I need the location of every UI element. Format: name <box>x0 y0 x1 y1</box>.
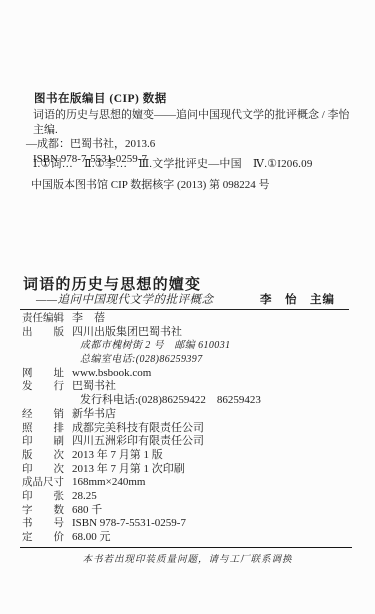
colophon-row: 书 号ISBN 978-7-5531-0259-7 <box>22 517 353 531</box>
row-value: 发行科电话:(028)86259422 86259423 <box>22 394 353 408</box>
row-value: 成都市槐树街 2 号 邮编 610031 <box>22 339 353 353</box>
cip-description-line-1: 词语的历史与思想的嬗变——追问中国现代文学的批评概念 / 李怡主编. <box>26 108 355 137</box>
row-value: 168mm×240mm <box>72 476 353 490</box>
colophon-row: 定 价68.00 元 <box>22 531 353 545</box>
row-value: 新华书店 <box>72 408 353 422</box>
colophon-row: 版 次2013 年 7 月第 1 版 <box>22 449 353 463</box>
quality-note: 本书若出现印装质量问题，请与工厂联系调换 <box>0 551 375 565</box>
row-label: 版 次 <box>22 449 66 463</box>
row-value: 成都完美科技有限责任公司 <box>72 422 353 436</box>
row-value: 李 蓓 <box>72 312 353 326</box>
row-value: 680 千 <box>72 504 353 518</box>
row-label: 经 销 <box>22 408 66 422</box>
footer-divider <box>20 547 352 548</box>
row-label: 书 号 <box>22 517 66 531</box>
book-subtitle: ——追问中国现代文学的批评概念 <box>36 291 213 307</box>
colophon-row: 网 址www.bsbook.com <box>22 367 353 381</box>
colophon-table: 责任编辑李 蓓 出 版四川出版集团巴蜀书社 成都市槐树街 2 号 邮编 6100… <box>22 312 353 545</box>
row-value: 2013 年 7 月第 1 版 <box>72 449 353 463</box>
subtitle-row: ——追问中国现代文学的批评概念 李 怡 主编 <box>20 293 349 310</box>
cip-record-number: 中国版本图书馆 CIP 数据核字 (2013) 第 098224 号 <box>31 176 270 192</box>
row-value: 68.00 元 <box>72 531 353 545</box>
colophon-row: 经 销新华书店 <box>22 408 353 422</box>
row-value: ISBN 978-7-5531-0259-7 <box>72 517 353 531</box>
row-label: 出 版 <box>22 326 66 340</box>
colophon-row: 印 张28.25 <box>22 490 353 504</box>
row-value: 总编室电话:(028)86259397 <box>22 353 353 367</box>
row-value: www.bsbook.com <box>72 367 353 381</box>
row-value: 四川出版集团巴蜀书社 <box>72 326 353 340</box>
row-value: 2013 年 7 月第 1 次印刷 <box>72 463 353 477</box>
colophon-subrow: 总编室电话:(028)86259397 <box>22 353 353 367</box>
cip-description-line-2: —成都：巴蜀书社，2013.6 <box>26 137 355 152</box>
cip-classification: Ⅰ.①词… Ⅱ.①李… Ⅲ.文学批评史—中国 Ⅳ.①I206.09 <box>33 155 313 171</box>
row-label: 印 张 <box>22 490 66 504</box>
row-label: 成品尺寸 <box>22 476 66 490</box>
colophon-row: 字 数680 千 <box>22 504 353 518</box>
row-value: 28.25 <box>72 490 353 504</box>
row-label: 网 址 <box>22 367 66 381</box>
colophon-row: 出 版四川出版集团巴蜀书社 <box>22 326 353 340</box>
row-value: 四川五洲彩印有限责任公司 <box>72 435 353 449</box>
cip-heading: 图书在版编目 (CIP) 数据 <box>34 90 167 106</box>
row-label: 定 价 <box>22 531 66 545</box>
colophon-subrow: 发行科电话:(028)86259422 86259423 <box>22 394 353 408</box>
editor-name: 李 怡 主编 <box>260 291 335 307</box>
row-label: 照 排 <box>22 422 66 436</box>
colophon-row: 照 排成都完美科技有限责任公司 <box>22 422 353 436</box>
colophon-row: 印 次2013 年 7 月第 1 次印刷 <box>22 463 353 477</box>
row-value: 巴蜀书社 <box>72 380 353 394</box>
row-label: 发 行 <box>22 380 66 394</box>
colophon-row: 成品尺寸168mm×240mm <box>22 476 353 490</box>
colophon-subrow: 成都市槐树街 2 号 邮编 610031 <box>22 339 353 353</box>
row-label: 印 次 <box>22 463 66 477</box>
row-label: 印 刷 <box>22 435 66 449</box>
colophon-row: 发 行巴蜀书社 <box>22 380 353 394</box>
row-label: 字 数 <box>22 504 66 518</box>
colophon-row: 印 刷四川五洲彩印有限责任公司 <box>22 435 353 449</box>
colophon-row: 责任编辑李 蓓 <box>22 312 353 326</box>
row-label: 责任编辑 <box>22 312 66 326</box>
